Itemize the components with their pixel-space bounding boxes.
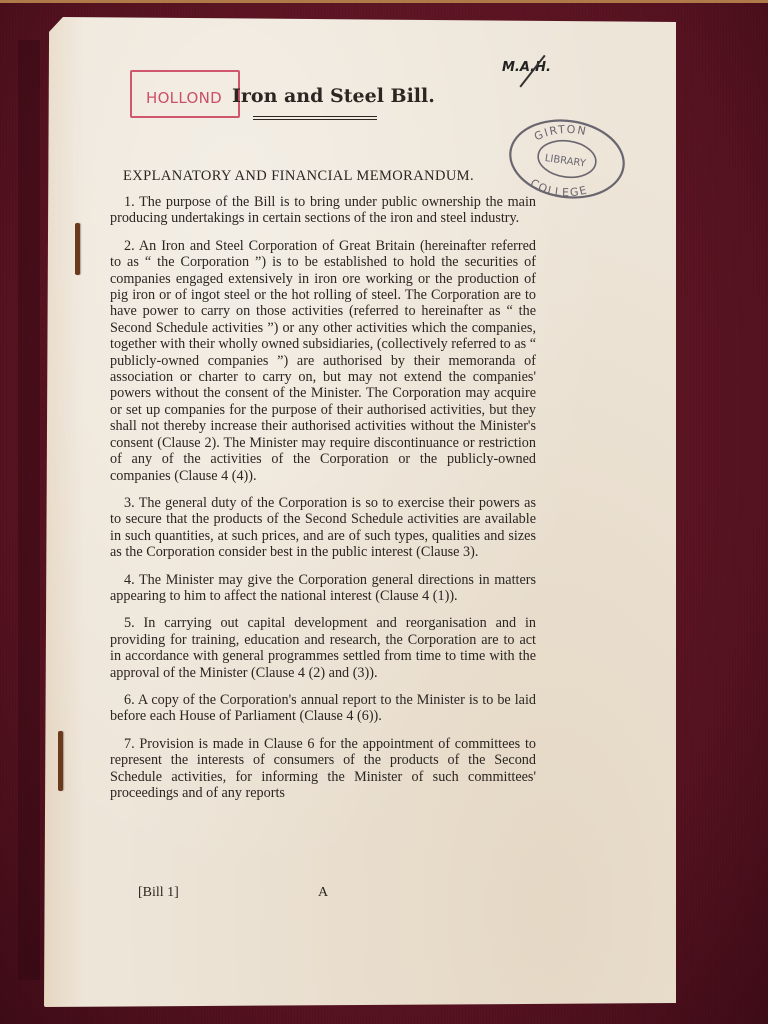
paragraph-text: The Minister may give the Corporation ge… (110, 572, 536, 604)
staple-bottom (58, 731, 63, 791)
paragraph-3: 3. The general duty of the Corporation i… (110, 495, 536, 561)
girton-stamp-bottom-text: COLLEGE (528, 176, 589, 199)
staple-top (75, 223, 80, 275)
paragraph-1: 1. The purpose of the Bill is to bring u… (110, 194, 536, 227)
svg-text:COLLEGE: COLLEGE (528, 176, 589, 199)
signature-mark: A (318, 885, 328, 901)
handwritten-initials: M.A.H. (502, 60, 551, 75)
bill-number: [Bill 1] (138, 885, 179, 901)
memorandum-body: 1. The purpose of the Bill is to bring u… (110, 194, 536, 812)
paragraph-text: The purpose of the Bill is to bring unde… (110, 194, 536, 226)
background-edge (0, 0, 768, 3)
paragraph-2: 2. An Iron and Steel Corporation of Grea… (110, 238, 536, 484)
girton-stamp-inner-text: LIBRARY (544, 153, 587, 170)
paragraph-number: 1. (124, 194, 135, 210)
holland-stamp: HOLLOND (130, 70, 240, 118)
paragraph-text: A copy of the Corporation's annual repor… (110, 692, 536, 724)
paragraph-number: 2. (124, 238, 135, 254)
paragraph-6: 6. A copy of the Corporation's annual re… (110, 692, 536, 725)
paragraph-text: The general duty of the Corporation is s… (110, 495, 536, 560)
holland-stamp-text: HOLLOND (146, 89, 222, 107)
paragraph-4: 4. The Minister may give the Corporation… (110, 572, 536, 605)
paragraph-number: 6. (124, 692, 135, 708)
paragraph-5: 5. In carrying out capital development a… (110, 615, 536, 681)
paragraph-number: 4. (124, 572, 135, 588)
paragraph-7: 7. Provision is made in Clause 6 for the… (110, 736, 536, 802)
paragraph-text: An Iron and Steel Corporation of Great B… (110, 238, 536, 484)
paragraph-number: 5. (124, 615, 135, 631)
title-double-rule (253, 116, 377, 120)
memorandum-heading: EXPLANATORY AND FINANCIAL MEMORANDUM. (123, 168, 474, 185)
paragraph-number: 7. (124, 736, 135, 752)
page-shadow (18, 40, 40, 980)
document-title: Iron and Steel Bill. (232, 85, 435, 107)
girton-library-stamp: GIRTON LIBRARY COLLEGE (505, 115, 627, 201)
paragraph-text: Provision is made in Clause 6 for the ap… (110, 736, 536, 801)
paragraph-number: 3. (124, 495, 135, 511)
paragraph-text: In carrying out capital development and … (110, 615, 536, 680)
